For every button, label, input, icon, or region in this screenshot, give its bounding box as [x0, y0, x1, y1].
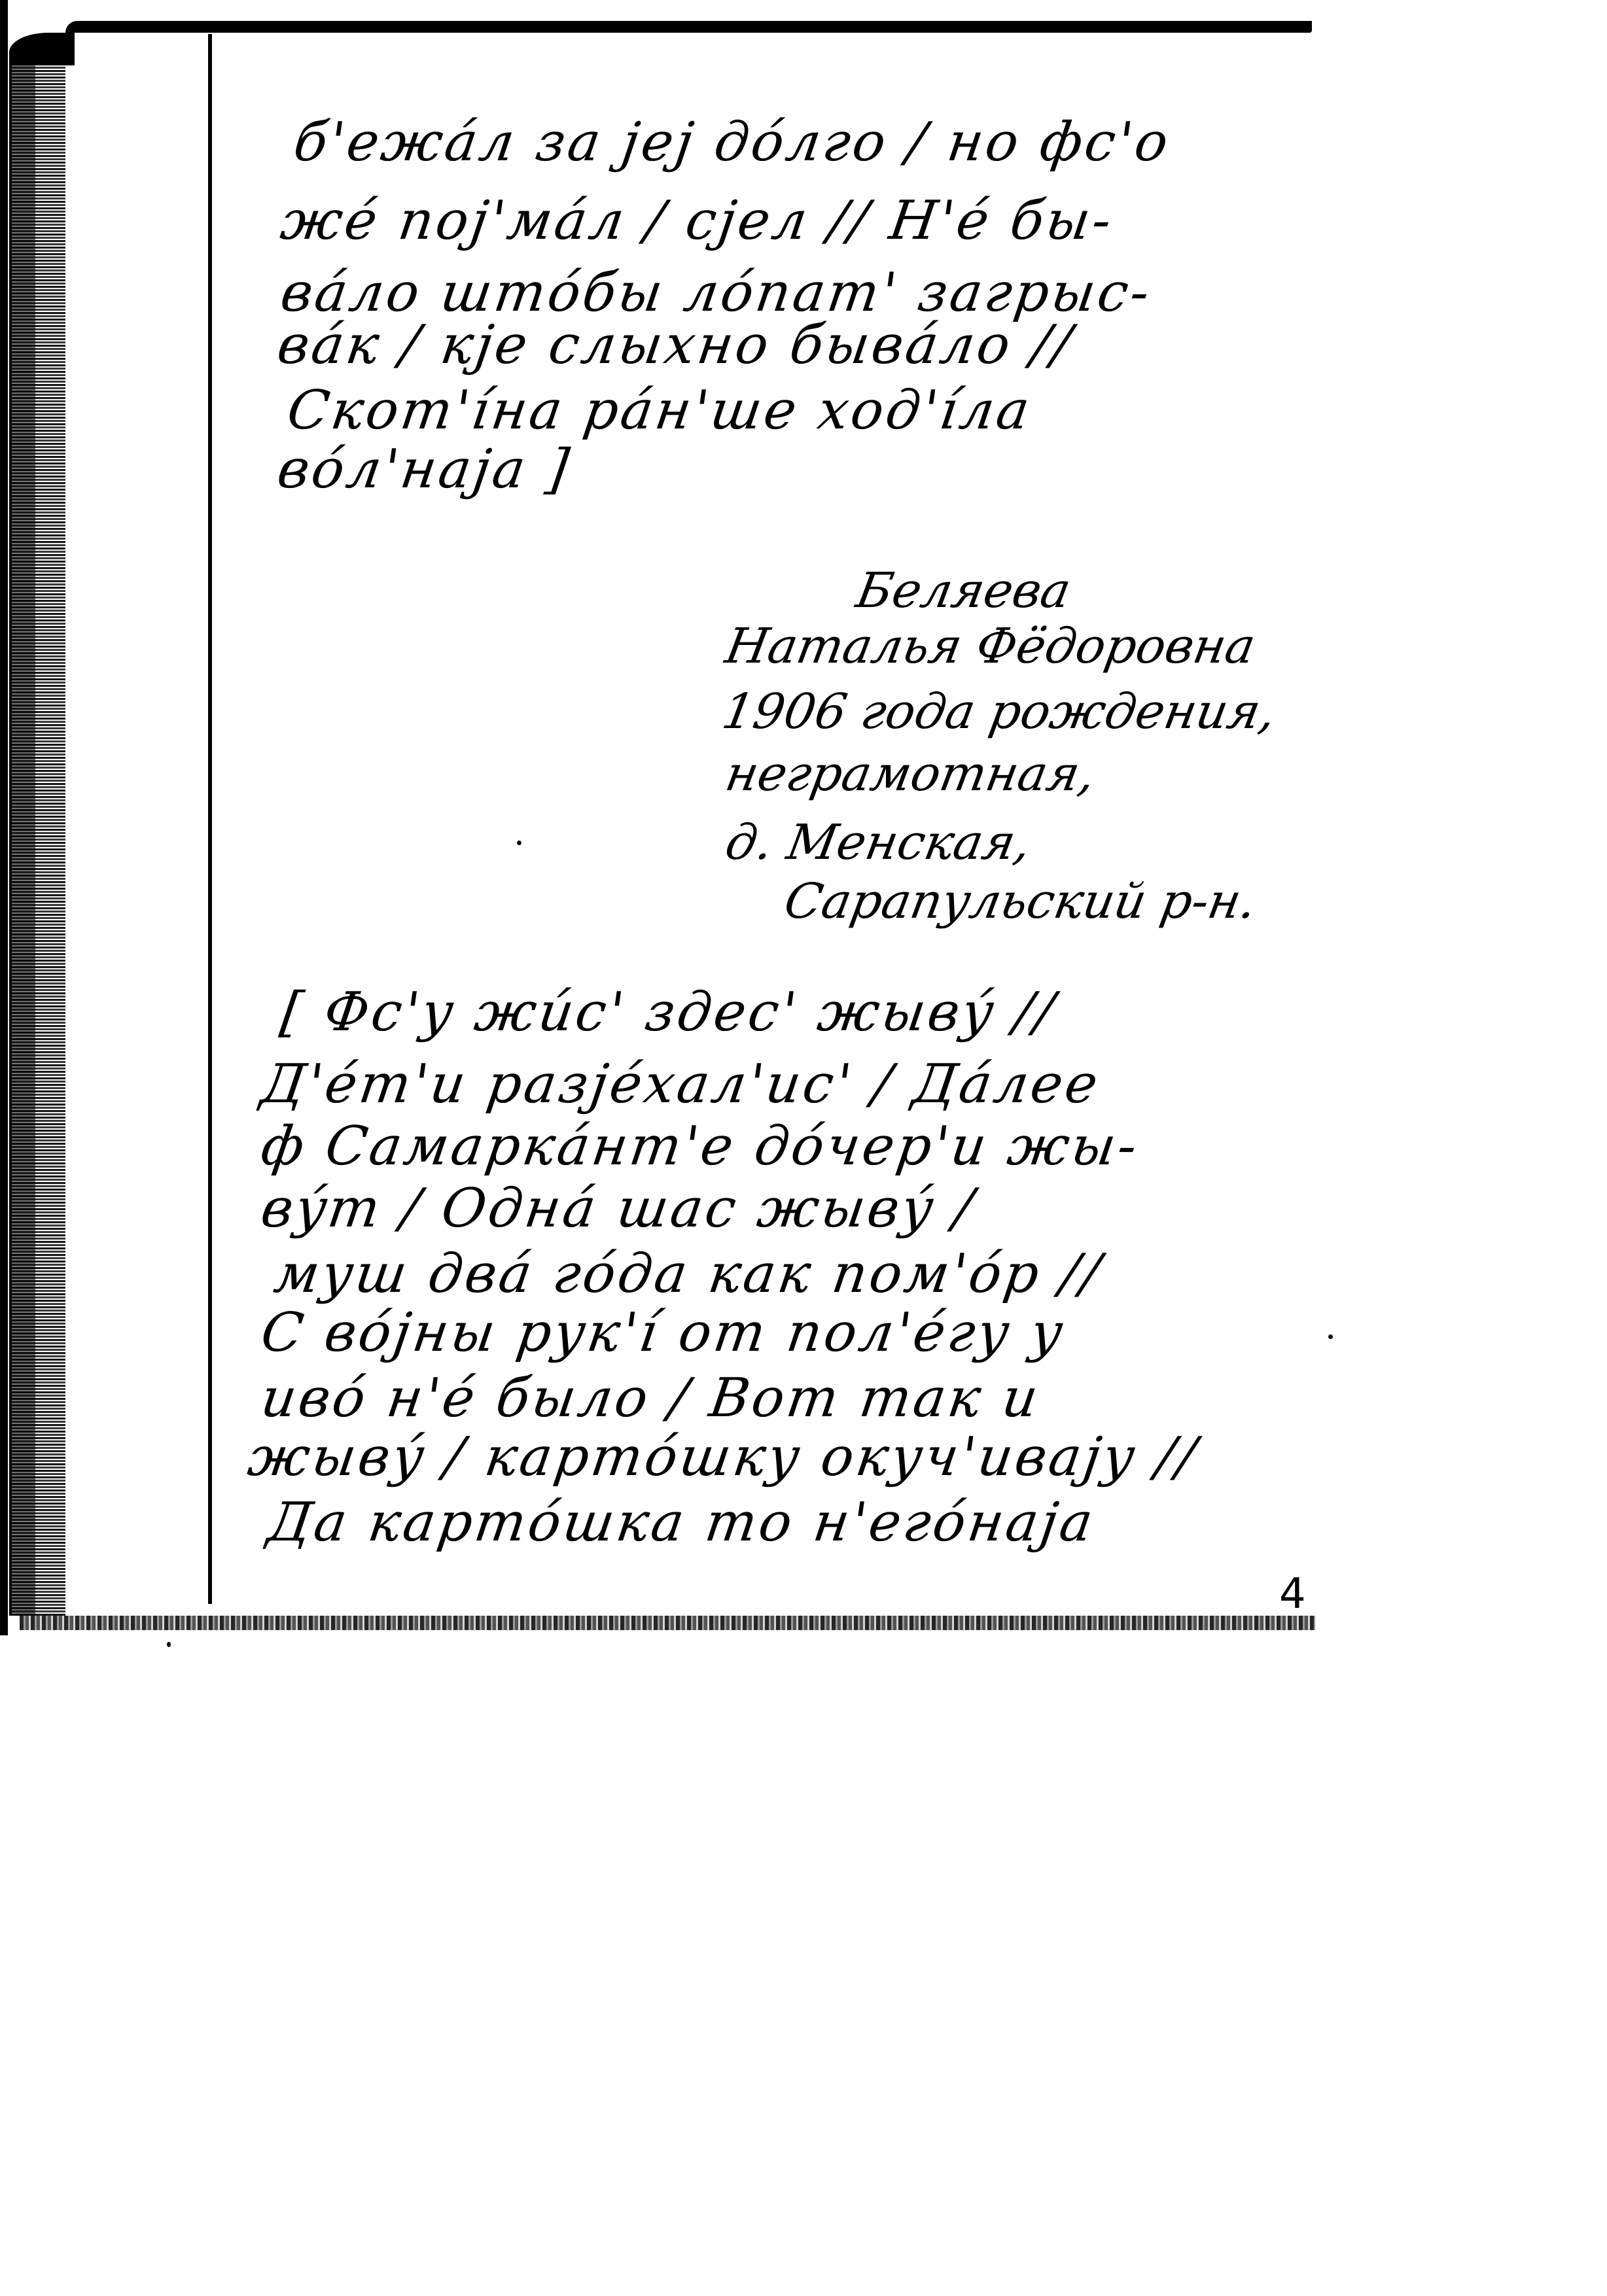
passage-line: Д'éт'и разјéхал'ис' / Дáлее — [257, 1053, 1104, 1115]
passage-line: муш двá гóда как пом'óр // — [270, 1243, 1106, 1305]
page-number: 4 — [1279, 1570, 1306, 1618]
informant-name: Наталья Фёдоровна — [721, 618, 1260, 674]
informant-district: Сарапульский р-н. — [780, 873, 1261, 930]
top-left-corner — [9, 33, 75, 65]
passage-line: вóл'наја ] — [274, 438, 574, 500]
passage-line: Да картóшка то н'егóнаја — [264, 1491, 1099, 1554]
notebook-spine-shadow — [9, 59, 35, 1616]
informant-village: д. Менская, — [721, 814, 1035, 871]
top-page-border — [65, 21, 1312, 33]
passage-line: [ Фс'у жúс' здес' жывý // — [277, 981, 1060, 1043]
passage-line: б'ежáл за јеј дóлго / но фс'о — [290, 111, 1174, 173]
bottom-page-border — [20, 1616, 1315, 1630]
informant-literacy: неграмотная, — [721, 746, 1099, 802]
passage-line: жывý / картóшку окуч'ивају // — [244, 1426, 1202, 1488]
informant-surname: Беляева — [852, 563, 1074, 619]
informant-birth-year: 1906 года рождения, — [718, 684, 1280, 740]
scanned-notebook-page: б'ежáл за јеј дóлго / но фс'о жé пој'мáл… — [0, 0, 1607, 2296]
ink-dot — [517, 841, 521, 845]
passage-line: вáк / кје слыхно бывáло // — [274, 314, 1078, 376]
scan-left-edge — [0, 0, 8, 1635]
passage-line: ивó н'é было / Вот так и — [257, 1367, 1044, 1429]
passage-line: вýт / Однá шас жывý / — [257, 1177, 979, 1240]
ink-dot — [1328, 1334, 1333, 1339]
margin-line — [208, 34, 212, 1604]
passage-line: Скот'íна рáн'ше ход'íла — [283, 379, 1036, 442]
passage-line: жé пој'мáл / сјел // Н'é бы- — [277, 190, 1118, 252]
passage-line: ф Самаркáнт'е дóчер'и жы- — [257, 1115, 1143, 1177]
passage-line: С вóјны рук'í от пол'éгу у — [257, 1302, 1069, 1364]
ink-dot — [167, 1642, 171, 1647]
